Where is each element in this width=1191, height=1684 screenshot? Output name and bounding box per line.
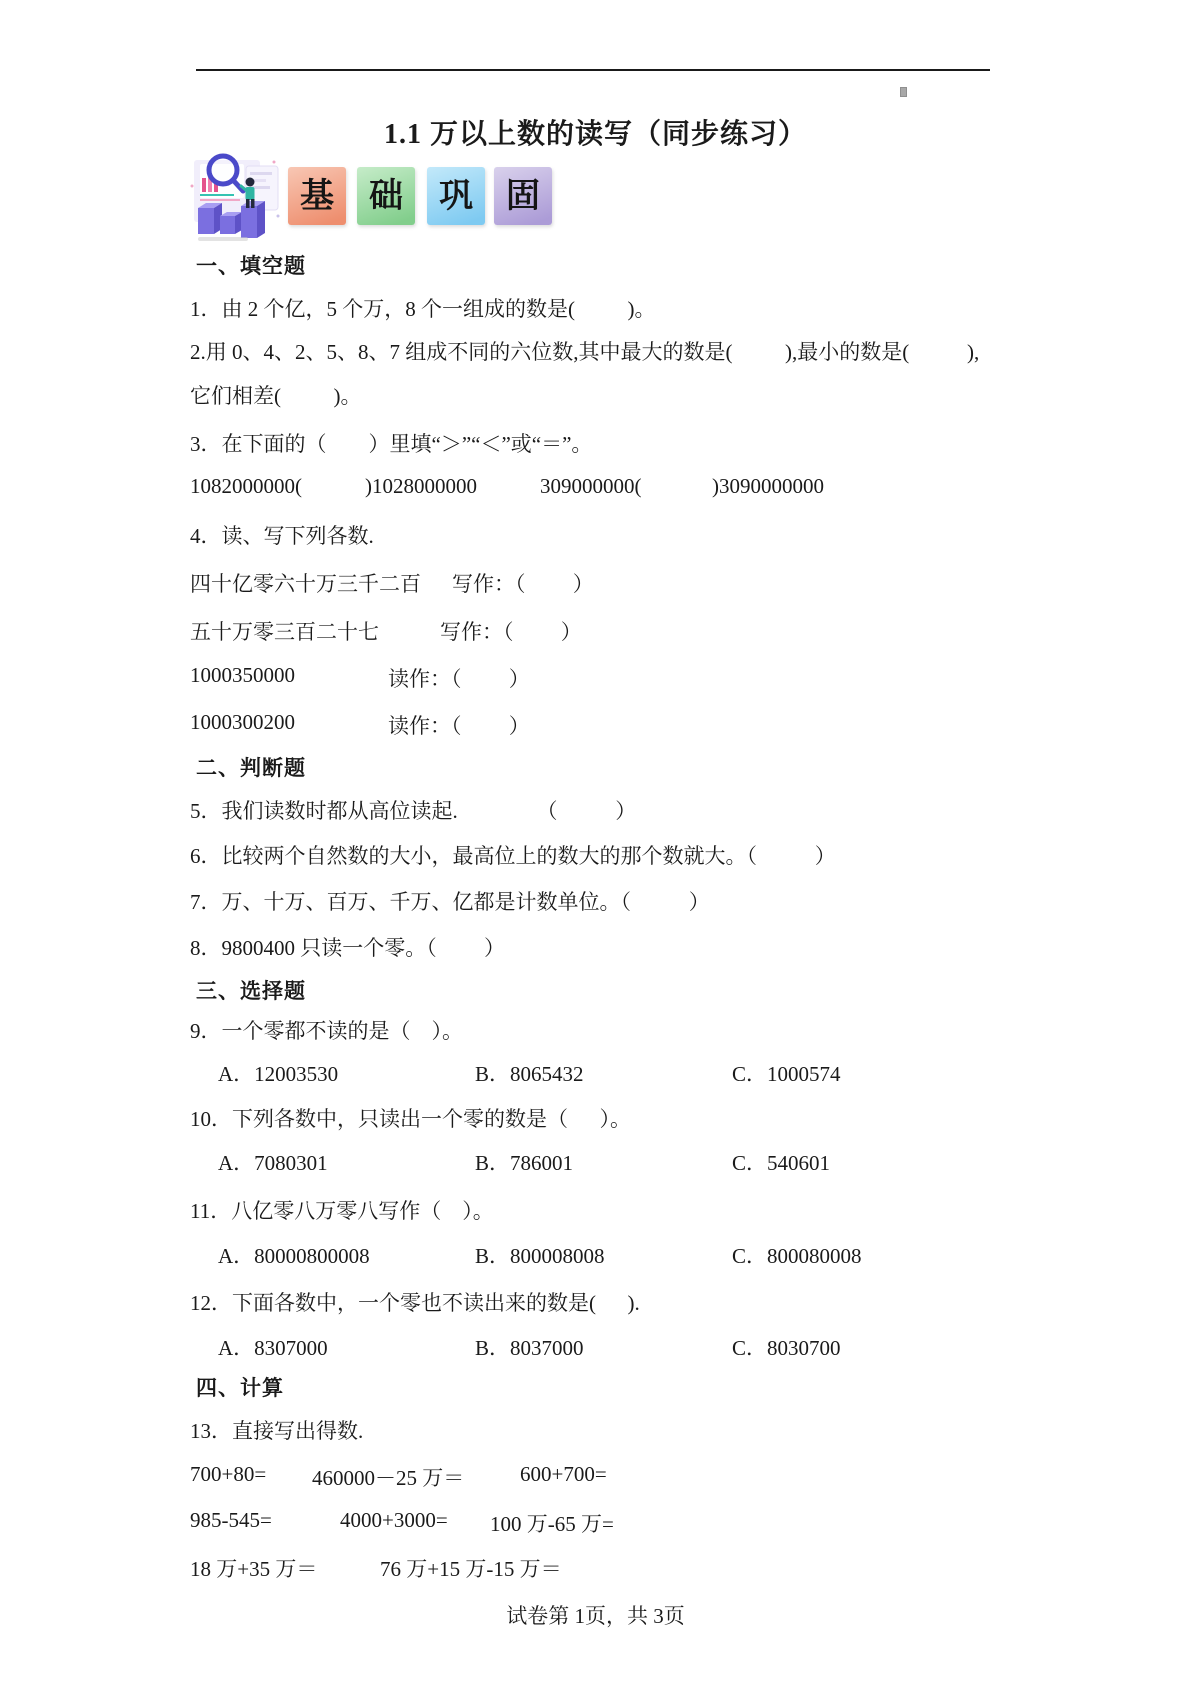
text-segment: 700+80= bbox=[190, 1462, 266, 1487]
question-line: 3．在下面的（ ）里填“＞”“＜”或“＝”。 bbox=[0, 428, 1191, 460]
badge-tile-1: 基 bbox=[288, 167, 346, 225]
text-segment: 460000－25 万＝ bbox=[312, 1462, 464, 1492]
question-line: 四十亿零六十万三千二百写作：（ ） bbox=[0, 568, 1191, 600]
text-segment: 写作：（ ） bbox=[452, 568, 594, 598]
illustration-caption-smudge bbox=[198, 237, 248, 241]
badge-tile-2: 础 bbox=[357, 167, 415, 225]
text-segment: )1028000000 bbox=[365, 474, 477, 499]
text-segment: 三、选择题 bbox=[196, 975, 306, 1005]
badge-tile-label: 基 bbox=[300, 177, 334, 215]
stray-corner-mark bbox=[900, 87, 907, 97]
text-segment: 76 万+15 万-15 万＝ bbox=[380, 1553, 562, 1583]
section-heading: 三、选择题 bbox=[0, 975, 1191, 1007]
text-segment: 13．直接写出得数. bbox=[190, 1415, 363, 1445]
text-segment: 1000300200 bbox=[190, 710, 295, 735]
text-segment: 10．下列各数中，只读出一个零的数是（ ）。 bbox=[190, 1103, 631, 1133]
question-line: 6．比较两个自然数的大小，最高位上的数大的那个数就大。（ ） bbox=[0, 840, 1191, 872]
page-footer: 试卷第 1页，共 3页 bbox=[0, 1600, 1191, 1630]
text-segment: 3．在下面的（ ）里填“＞”“＜”或“＝”。 bbox=[190, 428, 592, 458]
text-segment: 9．一个零都不读的是（ ）。 bbox=[190, 1015, 463, 1045]
text-segment: 五十万零三百二十七 bbox=[190, 616, 379, 646]
question-line: A．80000800008B．800008008C．800080008 bbox=[0, 1240, 1191, 1272]
text-segment: 读作：（ ） bbox=[388, 663, 530, 693]
question-line: 2.用 0、4、2、5、8、7 组成不同的六位数,其中最大的数是( ),最小的数… bbox=[0, 336, 1191, 368]
text-segment: A．8307000 bbox=[218, 1332, 328, 1362]
text-segment: 4．读、写下列各数. bbox=[190, 520, 374, 550]
text-segment: 四、计算 bbox=[196, 1372, 284, 1402]
question-line: 18 万+35 万＝76 万+15 万-15 万＝ bbox=[0, 1553, 1191, 1585]
badge-tile-4: 固 bbox=[494, 167, 552, 225]
data-analysis-magnifier-illustration bbox=[186, 146, 284, 240]
section-heading: 一、填空题 bbox=[0, 250, 1191, 282]
text-segment: B．786001 bbox=[475, 1147, 573, 1177]
question-line: 它们相差( )。 bbox=[0, 380, 1191, 412]
text-segment: 600+700= bbox=[520, 1462, 607, 1487]
question-line: 1000300200读作：（ ） bbox=[0, 710, 1191, 742]
text-segment: 写作：（ ） bbox=[440, 616, 582, 646]
question-line: 985-545=4000+3000=100 万-65 万= bbox=[0, 1508, 1191, 1540]
question-line: 11．八亿零八万零八写作（ ）。 bbox=[0, 1195, 1191, 1227]
question-line: 1000350000读作：（ ） bbox=[0, 663, 1191, 695]
text-segment: B．8037000 bbox=[475, 1332, 584, 1362]
text-segment: C．1000574 bbox=[732, 1058, 841, 1088]
header-rule bbox=[196, 69, 990, 71]
text-segment: 一、填空题 bbox=[196, 250, 306, 280]
text-segment: 二、判断题 bbox=[196, 752, 306, 782]
badge-tile-3: 巩 bbox=[427, 167, 485, 225]
text-segment: )3090000000 bbox=[712, 474, 824, 499]
text-segment: C．540601 bbox=[732, 1147, 830, 1177]
text-segment: A．12003530 bbox=[218, 1058, 338, 1088]
question-line: A．12003530B．8065432C．1000574 bbox=[0, 1058, 1191, 1090]
text-segment: B．800008008 bbox=[475, 1240, 605, 1270]
text-segment: 4000+3000= bbox=[340, 1508, 448, 1533]
text-segment: 5．我们读数时都从高位读起. （ ） bbox=[190, 795, 636, 825]
badge-tile-label: 础 bbox=[369, 177, 403, 215]
question-line: 1．由 2 个亿，5 个万，8 个一组成的数是( )。 bbox=[0, 293, 1191, 325]
text-segment: 1．由 2 个亿，5 个万，8 个一组成的数是( )。 bbox=[190, 293, 656, 323]
text-segment: 1000350000 bbox=[190, 663, 295, 688]
text-segment: A．7080301 bbox=[218, 1147, 328, 1177]
text-segment: C．800080008 bbox=[732, 1240, 862, 1270]
text-segment: 309000000( bbox=[540, 474, 642, 499]
question-line: 12．下面各数中，一个零也不读出来的数是( ). bbox=[0, 1287, 1191, 1319]
question-line: 8．9800400 只读一个零。（ ） bbox=[0, 932, 1191, 964]
badge-tile-label: 巩 bbox=[439, 177, 473, 215]
question-line: 9．一个零都不读的是（ ）。 bbox=[0, 1015, 1191, 1047]
question-line: 1082000000()1028000000309000000()3090000… bbox=[0, 474, 1191, 506]
text-segment: 7．万、十万、百万、千万、亿都是计数单位。（ ） bbox=[190, 886, 710, 916]
text-segment: 2.用 0、4、2、5、8、7 组成不同的六位数,其中最大的数是( ),最小的数… bbox=[190, 336, 979, 366]
text-segment: 它们相差( )。 bbox=[190, 380, 362, 410]
question-line: 5．我们读数时都从高位读起. （ ） bbox=[0, 795, 1191, 827]
page-title: 1.1 万以上数的读写（同步练习） bbox=[0, 112, 1191, 152]
badge-tile-label: 固 bbox=[506, 177, 540, 215]
text-segment: 6．比较两个自然数的大小，最高位上的数大的那个数就大。（ ） bbox=[190, 840, 836, 870]
question-line: 五十万零三百二十七写作：（ ） bbox=[0, 616, 1191, 648]
question-line: 13．直接写出得数. bbox=[0, 1415, 1191, 1447]
question-line: 10．下列各数中，只读出一个零的数是（ ）。 bbox=[0, 1103, 1191, 1135]
text-segment: 8．9800400 只读一个零。（ ） bbox=[190, 932, 505, 962]
text-segment: 985-545= bbox=[190, 1508, 272, 1533]
text-segment: 1082000000( bbox=[190, 474, 302, 499]
text-segment: 100 万-65 万= bbox=[490, 1508, 614, 1538]
text-segment: C．8030700 bbox=[732, 1332, 841, 1362]
question-line: 4．读、写下列各数. bbox=[0, 520, 1191, 552]
section-heading: 四、计算 bbox=[0, 1372, 1191, 1404]
question-line: 700+80=460000－25 万＝600+700= bbox=[0, 1462, 1191, 1494]
text-segment: B．8065432 bbox=[475, 1058, 584, 1088]
question-line: A．7080301B．786001C．540601 bbox=[0, 1147, 1191, 1179]
text-segment: A．80000800008 bbox=[218, 1240, 370, 1270]
text-segment: 11．八亿零八万零八写作（ ）。 bbox=[190, 1195, 494, 1225]
question-line: 7．万、十万、百万、千万、亿都是计数单位。（ ） bbox=[0, 886, 1191, 918]
text-segment: 读作：（ ） bbox=[388, 710, 530, 740]
text-segment: 四十亿零六十万三千二百 bbox=[190, 568, 421, 598]
section-heading: 二、判断题 bbox=[0, 752, 1191, 784]
question-line: A．8307000B．8037000C．8030700 bbox=[0, 1332, 1191, 1364]
text-segment: 12．下面各数中，一个零也不读出来的数是( ). bbox=[190, 1287, 640, 1317]
text-segment: 18 万+35 万＝ bbox=[190, 1553, 317, 1583]
